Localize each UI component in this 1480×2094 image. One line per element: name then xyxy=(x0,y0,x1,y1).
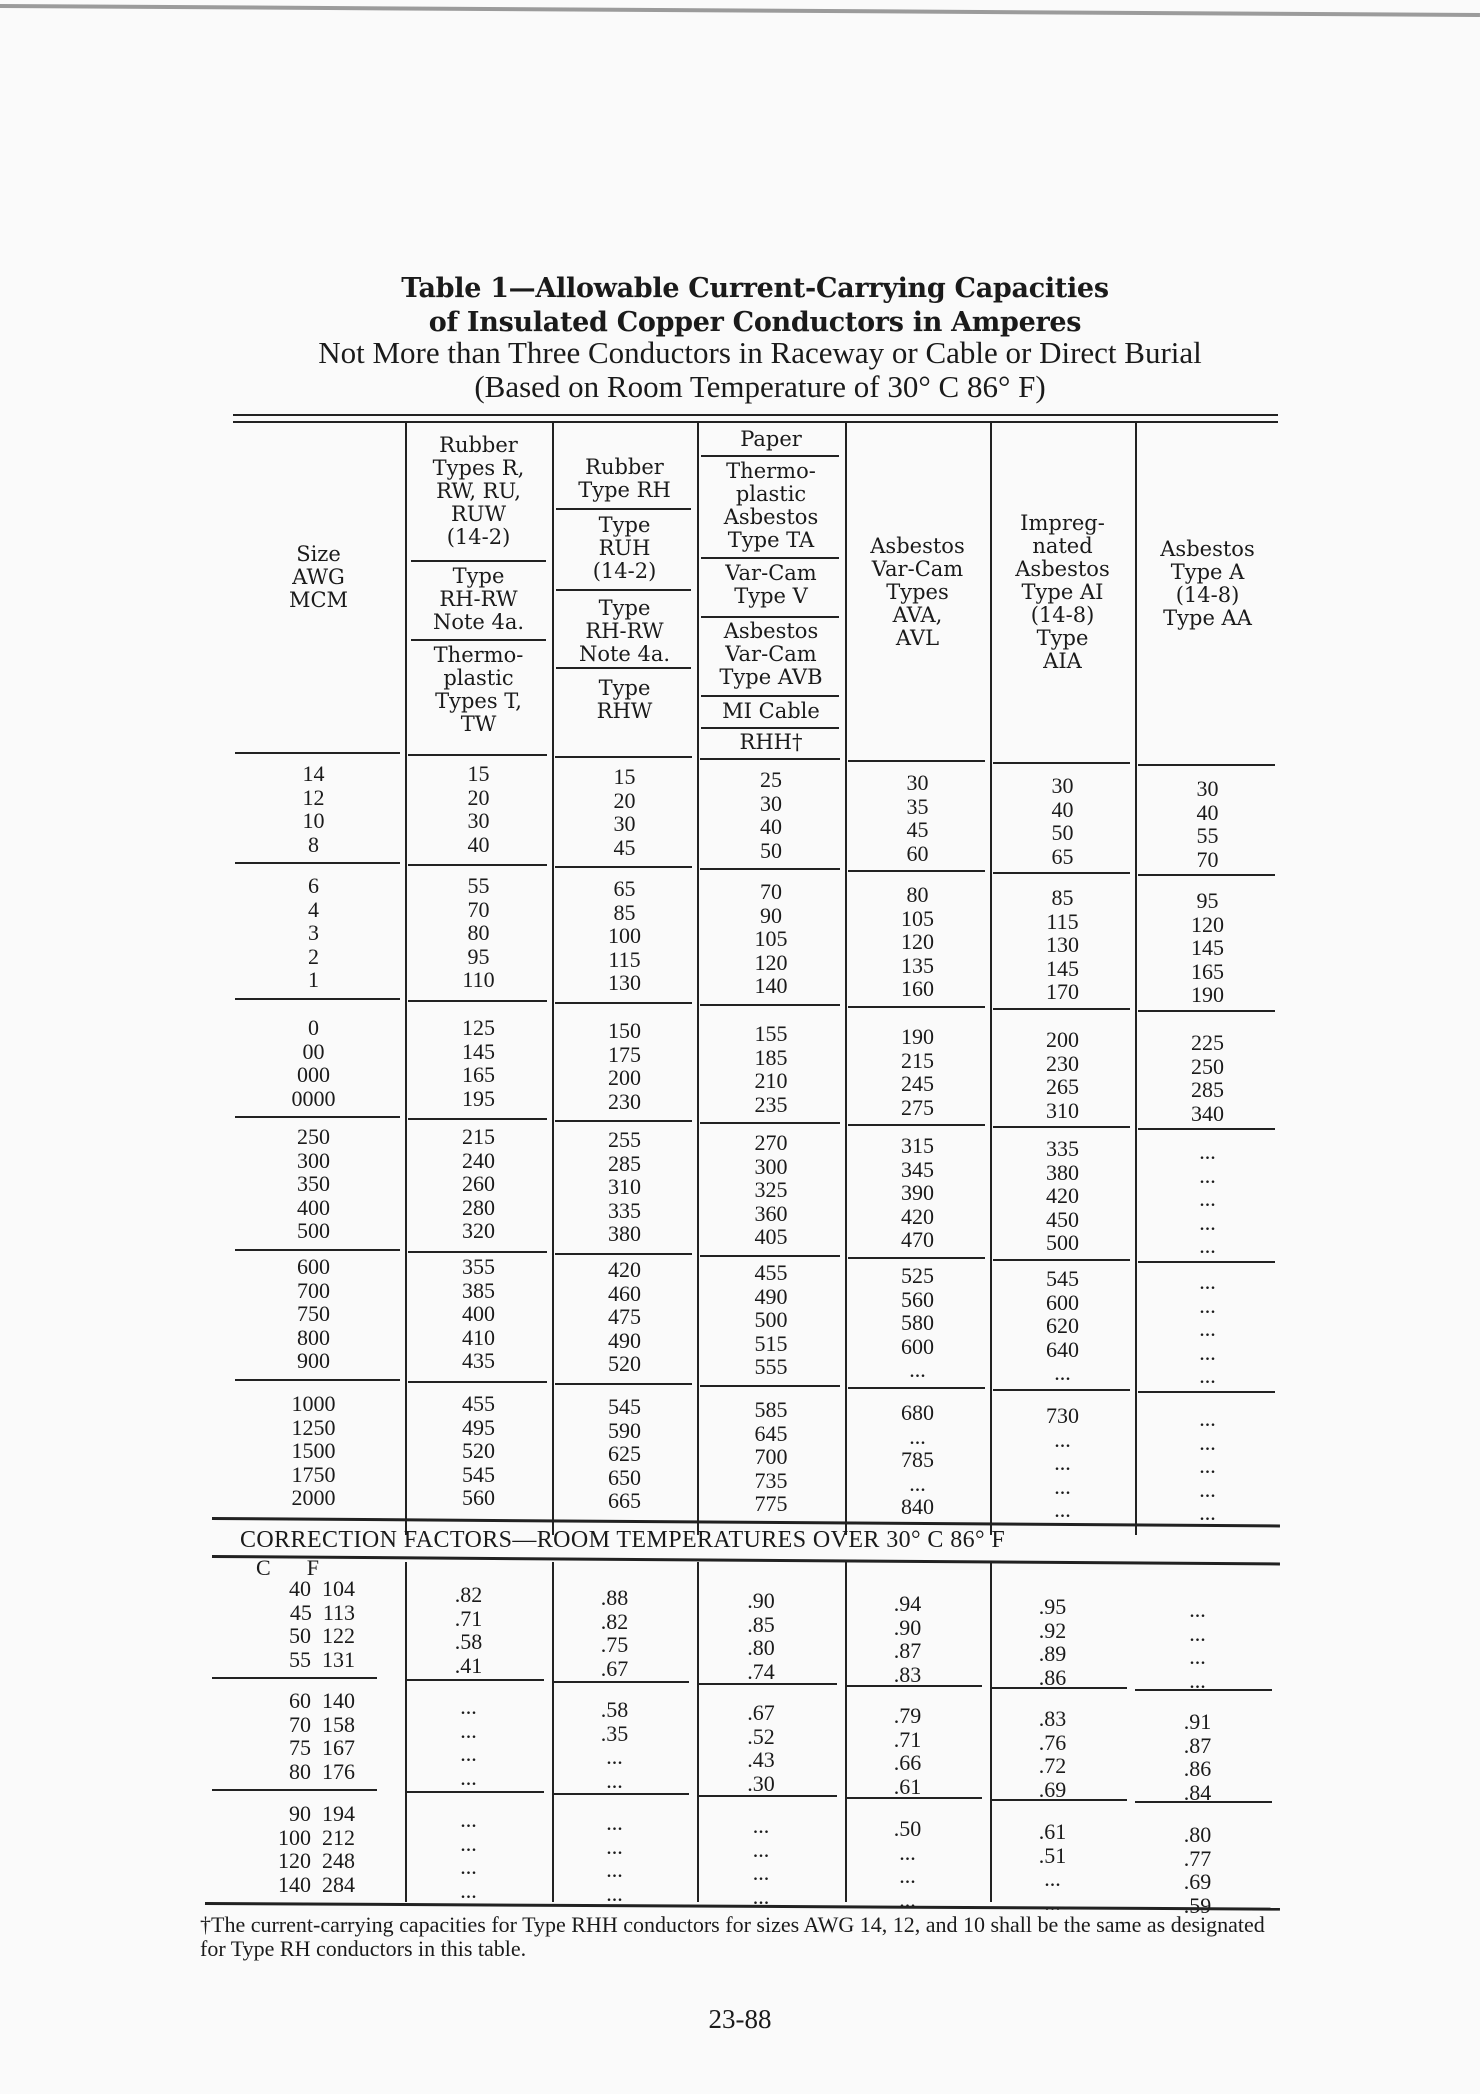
size-value: 3 xyxy=(232,921,395,945)
size-value: 800 xyxy=(232,1326,395,1350)
correction-value: ... xyxy=(552,1769,677,1793)
ampacity-value: 190 xyxy=(1135,983,1280,1007)
group-rule xyxy=(555,1002,692,1004)
ampacity-value: ... xyxy=(1135,1164,1280,1188)
size-value: 000 xyxy=(232,1063,395,1087)
page-number: 23-88 xyxy=(0,2004,1480,2035)
ampacity-value: 235 xyxy=(697,1093,845,1117)
ampacity-value: 325 xyxy=(697,1178,845,1202)
group-rule xyxy=(848,870,985,872)
ampacity-cell-group: 15203045 xyxy=(552,765,697,859)
header-col5-line: Asbestos xyxy=(990,558,1135,581)
correction-value: ... xyxy=(1135,1622,1260,1646)
correction-value: .86 xyxy=(990,1666,1115,1690)
footnote: †The current-carrying capacities for Typ… xyxy=(200,1913,1280,1961)
ampacity-value: 335 xyxy=(990,1137,1135,1161)
ampacity-value: 240 xyxy=(405,1149,552,1173)
ampacity-value: 80 xyxy=(845,883,990,907)
ampacity-cell-group: 355385400410435 xyxy=(405,1255,552,1373)
header-size-line: Size xyxy=(232,543,405,566)
header-col3-block: AsbestosVar-CamType AVB xyxy=(697,620,845,689)
correction-value: .89 xyxy=(990,1642,1115,1666)
ampacity-value: 525 xyxy=(845,1264,990,1288)
header-col4-line: Var-Cam xyxy=(845,558,990,581)
ampacity-value: 115 xyxy=(552,948,697,972)
header-bottom-rule xyxy=(1138,764,1275,766)
ampacity-value: 155 xyxy=(697,1022,845,1046)
ampacity-cell-group: 55708095110 xyxy=(405,874,552,992)
ampacity-value: 555 xyxy=(697,1355,845,1379)
group-rule xyxy=(555,1383,692,1385)
ampacity-value: 785 xyxy=(845,1448,990,1472)
correction-cell-group: .90.85.80.74 xyxy=(697,1589,825,1683)
size-value: 8 xyxy=(232,833,395,857)
group-rule xyxy=(212,1677,377,1679)
header-rule-top xyxy=(233,414,1278,416)
ampacity-value: 500 xyxy=(990,1231,1135,1255)
correction-cell-group: .83.76.72.69 xyxy=(990,1707,1115,1801)
ampacity-value: 250 xyxy=(1135,1055,1280,1079)
ampacity-value: 730 xyxy=(990,1404,1135,1428)
ampacity-value: 500 xyxy=(697,1308,845,1332)
group-rule xyxy=(697,1683,837,1685)
ampacity-cell-group: 30405570 xyxy=(1135,777,1280,871)
ampacity-value: 40 xyxy=(405,833,552,857)
group-rule xyxy=(1138,874,1275,876)
ampacity-value: 135 xyxy=(845,954,990,978)
size-value: 00 xyxy=(232,1040,395,1064)
ampacity-value: 310 xyxy=(990,1099,1135,1123)
ampacity-value: 560 xyxy=(405,1486,552,1510)
header-col2-block-line: Type xyxy=(552,597,697,620)
correction-value: .95 xyxy=(990,1595,1115,1619)
correction-cell-group: .61.51...... xyxy=(990,1820,1115,1914)
ampacity-value: 190 xyxy=(845,1025,990,1049)
header-col3-block-line: Type AVB xyxy=(697,666,845,689)
temperature-value: 45 113 xyxy=(215,1601,355,1625)
header-sub-rule xyxy=(556,508,691,510)
group-rule xyxy=(993,1259,1130,1261)
ampacity-value: 50 xyxy=(990,821,1135,845)
correction-value: ... xyxy=(405,1808,532,1832)
correction-cell-group: .91.87.86.84 xyxy=(1135,1710,1260,1804)
ampacity-value: 680 xyxy=(845,1401,990,1425)
ampacity-value: 230 xyxy=(990,1052,1135,1076)
ampacity-value: ... xyxy=(990,1498,1135,1522)
header-col2-block: TypeRH-RWNote 4a. xyxy=(552,597,697,666)
size-value: 1750 xyxy=(232,1463,395,1487)
ampacity-cell-group: 545600620640... xyxy=(990,1267,1135,1385)
group-rule xyxy=(993,872,1130,874)
ampacity-value: 115 xyxy=(990,910,1135,934)
correction-value: .51 xyxy=(990,1844,1115,1868)
ampacity-value: 650 xyxy=(552,1466,697,1490)
ampacity-value: 495 xyxy=(405,1416,552,1440)
header-size: SizeAWGMCM xyxy=(232,543,405,612)
ampacity-value: ... xyxy=(1135,1431,1280,1455)
correction-value: .67 xyxy=(697,1701,825,1725)
correction-value: ... xyxy=(405,1742,532,1766)
ampacity-value: 360 xyxy=(697,1202,845,1226)
header-col3-block: Var-CamType V xyxy=(697,562,845,608)
header-col2-block-line: Note 4a. xyxy=(552,643,697,666)
ampacity-value: 60 xyxy=(845,842,990,866)
size-value: 350 xyxy=(232,1172,395,1196)
ampacity-value: 15 xyxy=(405,762,552,786)
correction-cell-group: .82.71.58.41 xyxy=(405,1583,532,1677)
ampacity-value: 50 xyxy=(697,839,845,863)
ampacity-value: 150 xyxy=(552,1019,697,1043)
header-col3-block-line: Paper xyxy=(697,428,845,451)
ampacity-value: ... xyxy=(990,1361,1135,1385)
temperature-value: 75 167 xyxy=(215,1736,355,1760)
ampacity-value: 120 xyxy=(697,951,845,975)
size-cell-group: 1412108 xyxy=(232,762,395,856)
group-rule xyxy=(555,866,692,868)
group-rule xyxy=(405,1791,544,1793)
ampacity-value: 125 xyxy=(405,1016,552,1040)
temperature-value: 60 140 xyxy=(215,1689,355,1713)
ampacity-value: ... xyxy=(1135,1341,1280,1365)
correction-value: .85 xyxy=(697,1613,825,1637)
group-rule xyxy=(848,1257,985,1259)
ampacity-value: 95 xyxy=(1135,889,1280,913)
correction-value: ... xyxy=(552,1745,677,1769)
group-rule xyxy=(235,1379,400,1381)
header-col3-block: Thermo-plasticAsbestosType TA xyxy=(697,460,845,552)
scan-edge-line xyxy=(0,4,1480,17)
group-rule xyxy=(552,1793,689,1795)
correction-value: ... xyxy=(845,1841,970,1865)
ampacity-value: 105 xyxy=(845,907,990,931)
correction-value: .30 xyxy=(697,1772,825,1796)
ampacity-cell-group: 85115130145170 xyxy=(990,886,1135,1004)
header-col2-block-line: RHW xyxy=(552,700,697,723)
ampacity-value: 30 xyxy=(990,774,1135,798)
ampacity-value: 85 xyxy=(552,901,697,925)
ampacity-value: 85 xyxy=(990,886,1135,910)
group-rule xyxy=(1138,1261,1275,1263)
ampacity-value: 545 xyxy=(990,1267,1135,1291)
header-col2-block-line: Type RH xyxy=(552,479,697,502)
correction-value: ... xyxy=(697,1861,825,1885)
ampacity-value: 195 xyxy=(405,1087,552,1111)
ampacity-value: 420 xyxy=(845,1205,990,1229)
correction-value: ... xyxy=(990,1891,1115,1915)
ampacity-value: ... xyxy=(1135,1407,1280,1431)
group-rule xyxy=(845,1797,982,1799)
ampacity-value: 285 xyxy=(1135,1078,1280,1102)
ampacity-cell-group: 30354560 xyxy=(845,771,990,865)
size-value: 2000 xyxy=(232,1486,395,1510)
ampacity-value: 225 xyxy=(1135,1031,1280,1055)
ampacity-cell-group: ............... xyxy=(1135,1270,1280,1388)
correction-value: ... xyxy=(405,1855,532,1879)
correction-value: .76 xyxy=(990,1731,1115,1755)
size-value: 0 xyxy=(232,1016,395,1040)
ampacity-value: 215 xyxy=(845,1049,990,1073)
group-rule xyxy=(700,1122,840,1124)
header-size-line: AWG xyxy=(232,566,405,589)
correction-value: ... xyxy=(552,1811,677,1835)
group-rule xyxy=(700,1385,840,1387)
ampacity-value: 145 xyxy=(1135,936,1280,960)
ampacity-value: 775 xyxy=(697,1492,845,1516)
ampacity-value: ... xyxy=(1135,1234,1280,1258)
header-col3-block-line: plastic xyxy=(697,483,845,506)
ampacity-value: 30 xyxy=(845,771,990,795)
correction-value: .90 xyxy=(845,1616,970,1640)
ampacity-cell-group: 155185210235 xyxy=(697,1022,845,1116)
group-rule xyxy=(1138,1391,1275,1393)
ampacity-cell-group: 25304050 xyxy=(697,768,845,862)
ampacity-value: 300 xyxy=(697,1155,845,1179)
correction-cell-group: .88.82.75.67 xyxy=(552,1586,677,1680)
group-rule xyxy=(235,1116,400,1118)
group-rule xyxy=(700,1255,840,1257)
ampacity-cell-group: 545590625650665 xyxy=(552,1395,697,1513)
ampacity-value: 40 xyxy=(990,798,1135,822)
table-title: Table 1—Allowable Current-Carrying Capac… xyxy=(230,272,1280,340)
ampacity-value: 65 xyxy=(990,845,1135,869)
ampacity-value: 400 xyxy=(405,1302,552,1326)
ampacity-value: 120 xyxy=(1135,913,1280,937)
title-line-1: Table 1—Allowable Current-Carrying Capac… xyxy=(230,272,1280,306)
header-sub-rule xyxy=(701,616,839,618)
ampacity-cell-group: 455490500515555 xyxy=(697,1261,845,1379)
ampacity-value: 20 xyxy=(552,789,697,813)
ampacity-value: 140 xyxy=(697,974,845,998)
correction-cell-group: ............ xyxy=(552,1811,677,1905)
temperature-value: 100 212 xyxy=(215,1826,355,1850)
ampacity-value: 385 xyxy=(405,1279,552,1303)
ampacity-value: 270 xyxy=(697,1131,845,1155)
size-value: 900 xyxy=(232,1349,395,1373)
group-rule xyxy=(235,998,400,1000)
ampacity-value: 410 xyxy=(405,1326,552,1350)
size-value: 4 xyxy=(232,898,395,922)
ampacity-value: 95 xyxy=(405,945,552,969)
group-rule xyxy=(990,1687,1127,1689)
temperature-cell-group: 40 10445 11350 12255 131 xyxy=(215,1577,355,1671)
correction-value: .75 xyxy=(552,1633,677,1657)
ampacity-value: 55 xyxy=(405,874,552,898)
header-col1-block: TypeRH-RWNote 4a. xyxy=(405,565,552,634)
header-col6-line: (14-8) xyxy=(1135,584,1280,607)
ampacity-value: 70 xyxy=(697,880,845,904)
correction-value: .83 xyxy=(990,1707,1115,1731)
ampacity-value: 460 xyxy=(552,1282,697,1306)
temperature-cell-group: 60 14070 15875 16780 176 xyxy=(215,1689,355,1783)
group-rule xyxy=(848,1387,985,1389)
correction-value: ... xyxy=(697,1814,825,1838)
correction-value: .87 xyxy=(845,1639,970,1663)
ampacity-value: ... xyxy=(1135,1317,1280,1341)
temperature-value: 90 194 xyxy=(215,1802,355,1826)
ampacity-value: 165 xyxy=(1135,960,1280,984)
header-col5-line: AIA xyxy=(990,650,1135,673)
ampacity-cell-group: ............... xyxy=(1135,1407,1280,1525)
correction-factors-title: CORRECTION FACTORS—ROOM TEMPERATURES OVE… xyxy=(240,1527,1280,1554)
ampacity-cell-group: 335380420450500 xyxy=(990,1137,1135,1255)
ampacity-value: 405 xyxy=(697,1225,845,1249)
ampacity-cell-group: 525560580600... xyxy=(845,1264,990,1382)
header-col4-line: AVL xyxy=(845,627,990,650)
correction-cell-group: .95.92.89.86 xyxy=(990,1595,1115,1689)
ampacity-cell-group: 80105120135160 xyxy=(845,883,990,1001)
group-rule xyxy=(555,1253,692,1255)
ampacity-value: 175 xyxy=(552,1043,697,1067)
ampacity-value: 30 xyxy=(552,812,697,836)
ampacity-value: 55 xyxy=(1135,824,1280,848)
group-rule xyxy=(408,1251,547,1253)
header-bottom-rule xyxy=(848,760,985,762)
header-sub-rule xyxy=(411,560,546,562)
correction-cell-group: ............ xyxy=(697,1814,825,1908)
correction-value: ... xyxy=(697,1838,825,1862)
correction-cell-group: .50......... xyxy=(845,1817,970,1911)
ampacity-value: 545 xyxy=(405,1463,552,1487)
correction-value: .82 xyxy=(405,1583,532,1607)
ampacity-value: ... xyxy=(1135,1454,1280,1478)
correction-value: .58 xyxy=(405,1630,532,1654)
ampacity-value: 435 xyxy=(405,1349,552,1373)
size-value: 1250 xyxy=(232,1416,395,1440)
correction-value: .69 xyxy=(990,1778,1115,1802)
ampacity-value: 185 xyxy=(697,1046,845,1070)
ampacity-value: ... xyxy=(845,1358,990,1382)
header-sub-rule xyxy=(701,695,839,697)
size-value: 1000 xyxy=(232,1392,395,1416)
group-rule xyxy=(993,1008,1130,1010)
temperature-value: 80 176 xyxy=(215,1760,355,1784)
ampacity-cell-group: 215240260280320 xyxy=(405,1125,552,1243)
header-col1-block-line: RUW xyxy=(405,503,552,526)
ampacity-cell-group: 6585100115130 xyxy=(552,877,697,995)
ampacity-cell-group: 270300325360405 xyxy=(697,1131,845,1249)
group-rule xyxy=(848,1006,985,1008)
ampacity-value: ... xyxy=(1135,1478,1280,1502)
header-col2-block-line: Type xyxy=(552,514,697,537)
correction-value: .71 xyxy=(405,1607,532,1631)
header-col6-line: Type AA xyxy=(1135,607,1280,630)
correction-value: .82 xyxy=(552,1610,677,1634)
ampacity-value: 70 xyxy=(1135,848,1280,872)
correction-value: .80 xyxy=(1135,1823,1260,1847)
header-col2-block-line: (14-2) xyxy=(552,560,697,583)
correction-cell-group: .79.71.66.61 xyxy=(845,1704,970,1798)
correction-cell-group: .94.90.87.83 xyxy=(845,1592,970,1686)
ampacity-value: 160 xyxy=(845,977,990,1001)
header-col5-line: (14-8) xyxy=(990,604,1135,627)
ampacity-value: 380 xyxy=(990,1161,1135,1185)
header-col3-block-line: Asbestos xyxy=(697,620,845,643)
correction-value: .61 xyxy=(845,1775,970,1799)
header-col6: AsbestosType A(14-8)Type AA xyxy=(1135,538,1280,630)
correction-value: ... xyxy=(552,1835,677,1859)
ampacity-value: 490 xyxy=(552,1329,697,1353)
ampacity-value: 560 xyxy=(845,1288,990,1312)
ampacity-value: 45 xyxy=(552,836,697,860)
correction-cell-group: ............ xyxy=(1135,1598,1260,1692)
table-subtitle: Not More than Three Conductors in Racewa… xyxy=(230,336,1290,404)
ampacity-value: 20 xyxy=(405,786,552,810)
ampacity-value: 120 xyxy=(845,930,990,954)
group-rule xyxy=(552,1681,689,1683)
correction-value: ... xyxy=(405,1695,532,1719)
ampacity-value: 355 xyxy=(405,1255,552,1279)
header-col1-block-line: Type xyxy=(405,565,552,588)
size-value: 14 xyxy=(232,762,395,786)
header-bottom-rule xyxy=(408,754,547,756)
ampacity-value: 520 xyxy=(405,1439,552,1463)
ampacity-value: 285 xyxy=(552,1152,697,1176)
correction-value: .69 xyxy=(1135,1870,1260,1894)
ampacity-value: 200 xyxy=(552,1066,697,1090)
correction-value: ... xyxy=(405,1766,532,1790)
group-rule xyxy=(405,1679,544,1681)
ampacity-value: 310 xyxy=(552,1175,697,1199)
header-col1-block-line: TW xyxy=(405,713,552,736)
ampacity-value: 110 xyxy=(405,968,552,992)
header-col3-block-line: Var-Cam xyxy=(697,643,845,666)
size-cell-group: 64321 xyxy=(232,874,395,992)
ampacity-value: 255 xyxy=(552,1128,697,1152)
ampacity-value: 700 xyxy=(697,1445,845,1469)
temperature-value: 50 122 xyxy=(215,1624,355,1648)
header-col3-block-line: Type V xyxy=(697,585,845,608)
correction-value: ... xyxy=(1135,1598,1260,1622)
size-value: 2 xyxy=(232,945,395,969)
correction-value: .67 xyxy=(552,1657,677,1681)
header-col1-block-line: Types R, xyxy=(405,457,552,480)
ampacity-value: ... xyxy=(1135,1187,1280,1211)
ampacity-value: 40 xyxy=(697,815,845,839)
ampacity-value: ... xyxy=(1135,1270,1280,1294)
correction-value: .83 xyxy=(845,1663,970,1687)
ampacity-value: 105 xyxy=(697,927,845,951)
header-col5-line: Impreg- xyxy=(990,512,1135,535)
group-rule xyxy=(700,868,840,870)
correction-value: .52 xyxy=(697,1725,825,1749)
ampacity-value: 15 xyxy=(552,765,697,789)
header-sub-rule xyxy=(701,727,839,729)
ampacity-cell-group: 7090105120140 xyxy=(697,880,845,998)
header-bottom-rule xyxy=(993,762,1130,764)
group-rule xyxy=(700,1004,840,1006)
size-value: 750 xyxy=(232,1302,395,1326)
ampacity-cell-group: 95120145165190 xyxy=(1135,889,1280,1007)
ampacity-value: 30 xyxy=(1135,777,1280,801)
size-value: 6 xyxy=(232,874,395,898)
ampacity-value: 450 xyxy=(990,1208,1135,1232)
correction-value: ... xyxy=(552,1858,677,1882)
ampacity-value: 200 xyxy=(990,1028,1135,1052)
correction-value: ... xyxy=(552,1882,677,1906)
ampacity-value: 600 xyxy=(845,1335,990,1359)
ampacity-value: 280 xyxy=(405,1196,552,1220)
header-col3-block-line: MI Cable xyxy=(697,700,845,723)
ampacity-value: ... xyxy=(1135,1501,1280,1525)
correction-cell-group: .58.35...... xyxy=(552,1698,677,1792)
correction-value: ... xyxy=(405,1879,532,1903)
correction-value: .87 xyxy=(1135,1734,1260,1758)
header-col3-block-line: Type TA xyxy=(697,529,845,552)
ampacity-value: 215 xyxy=(405,1125,552,1149)
group-rule xyxy=(697,1795,837,1797)
header-col1-block: Thermo-plasticTypes T,TW xyxy=(405,644,552,736)
header-size-line: MCM xyxy=(232,589,405,612)
